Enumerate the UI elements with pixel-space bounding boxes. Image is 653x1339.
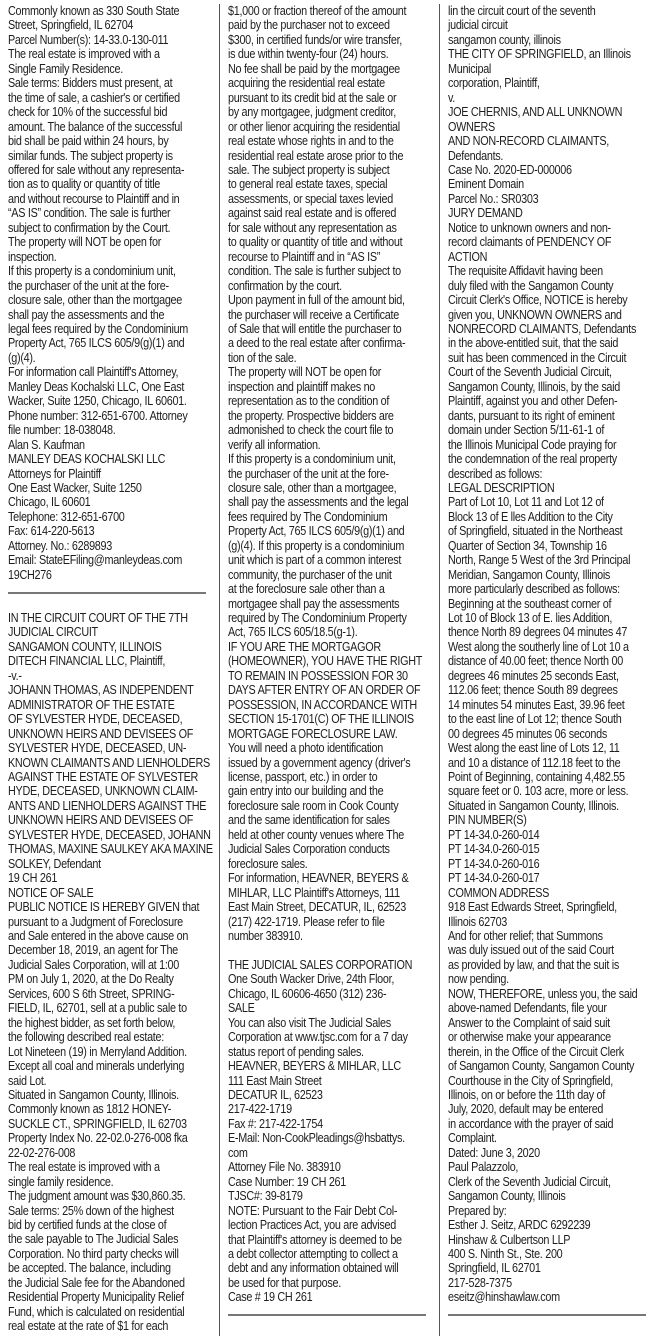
- text-line: the property. Prospective bidders are: [228, 409, 428, 423]
- text-line: SECTION 15-1701(C) OF THE ILLINOIS: [228, 712, 428, 726]
- text-line: POSSESSION, IN ACCORDANCE WITH: [228, 698, 428, 712]
- text-line: MANLEY DEAS KOCHALSKI LLC: [8, 452, 206, 466]
- text-line: TO REMAIN IN POSSESSION FOR 30: [228, 669, 428, 683]
- text-line: pursuant to its credit bid at the sale o…: [228, 91, 428, 105]
- text-line: PT 14-34.0-260-014: [448, 828, 646, 842]
- text-line: unit which is part of a common interest: [228, 553, 428, 567]
- text-line: be used for that purpose.: [228, 1276, 428, 1290]
- text-line: the Illinois Municipal Code praying for: [448, 438, 646, 452]
- text-line: One South Wacker Drive, 24th Floor,: [228, 972, 428, 986]
- text-line: You will need a photo identification: [228, 741, 428, 755]
- text-line: 217-528-7375: [448, 1276, 646, 1290]
- text-line: 19 CH 261: [8, 871, 206, 885]
- text-line: E-Mail: Non-CookPleadings@hsbattys.: [228, 1131, 428, 1145]
- text-line: acquiring the residential real estate: [228, 76, 428, 90]
- text-line: inspection.: [8, 250, 206, 264]
- text-line: If this property is a condominium unit,: [8, 264, 206, 278]
- text-line: was duly issued out of the said Court: [448, 943, 646, 957]
- text-line: the purchaser of the unit at the fore-: [8, 279, 206, 293]
- text-line: COMMON ADDRESS: [448, 886, 646, 900]
- text-line: and without recourse to Plaintiff and in: [8, 192, 206, 206]
- text-line: now pending.: [448, 972, 646, 986]
- notice-separator-col2: [228, 1314, 426, 1316]
- notice-separator-col3: [448, 1314, 646, 1316]
- notice-ditech-financial-v-thomas: IN THE CIRCUIT COURT OF THE 7THJUDICIAL …: [8, 611, 206, 1334]
- text-line: Commonly known as 1812 HONEY-: [8, 1102, 206, 1116]
- text-line: 00 degrees 45 minutes 06 seconds: [448, 727, 646, 741]
- text-line: inspection and plaintiff makes no: [228, 380, 428, 394]
- text-line: July, 2020, default may be entered: [448, 1102, 646, 1116]
- text-line: SUCKLE CT., SPRINGFIELD, IL 62703: [8, 1117, 206, 1131]
- notice-separator-col1: [8, 592, 206, 594]
- text-line: domain under Section 5/11-61-1 of: [448, 423, 646, 437]
- text-line: AGAINST THE ESTATE OF SYLVESTER: [8, 770, 206, 784]
- text-line: Corporation. No third party checks will: [8, 1247, 206, 1261]
- text-line: Except all coal and minerals underlying: [8, 1059, 206, 1073]
- text-line: pursuant to a Judgment of Foreclosure: [8, 915, 206, 929]
- text-line: Lot 10 of Block 13 of E. lies Addition,: [448, 611, 646, 625]
- text-line: confirmation by the court.: [228, 279, 428, 293]
- text-line: Dated: June 3, 2020: [448, 1146, 646, 1160]
- text-line: Parcel Number(s): 14-33.0-130-011: [8, 33, 206, 47]
- text-line: PT 14-34.0-260-017: [448, 871, 646, 885]
- text-line: PUBLIC NOTICE IS HEREBY GIVEN that: [8, 900, 206, 914]
- text-line: tion as to quality or quantity of title: [8, 177, 206, 191]
- text-line: THE JUDICIAL SALES CORPORATION: [228, 958, 428, 972]
- text-line: shall pay the assessments and the: [8, 308, 206, 322]
- text-line: JOE CHERNIS, AND ALL UNKNOWN: [448, 105, 646, 119]
- text-line: SYLVESTER HYDE, DECEASED, JOHANN: [8, 828, 206, 842]
- text-line: IN THE CIRCUIT COURT OF THE 7TH: [8, 611, 206, 625]
- text-line: -v.-: [8, 669, 206, 683]
- text-line: The property will NOT be open for: [8, 235, 206, 249]
- text-line: Complaint.: [448, 1131, 646, 1145]
- text-line: UNKNOWN HEIRS AND DEVISEES OF: [8, 727, 206, 741]
- text-line: debt and any information obtained will: [228, 1261, 428, 1275]
- text-line: 111 East Main Street: [228, 1074, 428, 1088]
- text-line: Sangamon County, Illinois: [448, 1189, 646, 1203]
- text-line: SALE: [228, 1001, 428, 1015]
- column-1: Commonly known as 330 South StateStreet,…: [8, 4, 206, 1334]
- text-line: described as follows:: [448, 467, 646, 481]
- text-line: December 18, 2019, an agent for The: [8, 943, 206, 957]
- text-line: amount. The balance of the successful: [8, 120, 206, 134]
- text-line: the Judicial Sale fee for the Abandoned: [8, 1276, 206, 1290]
- text-line: Case # 19 CH 261: [228, 1290, 428, 1304]
- text-line: of Springfield, situated in the Northeas…: [448, 524, 646, 538]
- text-line: PM on July 1, 2020, at the Do Realty: [8, 972, 206, 986]
- text-line: Circuit Clerk's Office, NOTICE is hereby: [448, 293, 646, 307]
- text-line: JOHANN THOMAS, AS INDEPENDENT: [8, 683, 206, 697]
- text-line: TJSC#: 39-8179: [228, 1189, 428, 1203]
- text-line: Corporation at www.tjsc.com for a 7 day: [228, 1030, 428, 1044]
- text-line: for sale without any representation as: [228, 221, 428, 235]
- text-line: Property Index No. 22-02.0-276-008 fka: [8, 1131, 206, 1145]
- text-line: bid by certified funds at the close of: [8, 1218, 206, 1232]
- text-line: HYDE, DECEASED, UNKNOWN CLAIM-: [8, 784, 206, 798]
- text-line: paid by the purchaser not to exceed: [228, 18, 428, 32]
- text-line: as provided by law, and that the suit is: [448, 958, 646, 972]
- text-line: more particularly described as follows:: [448, 582, 646, 596]
- text-line: Fund, which is calculated on residential: [8, 1305, 206, 1319]
- text-line: The requisite Affidavit having been: [448, 264, 646, 278]
- text-line: Block 13 of E lles Addition to the City: [448, 510, 646, 524]
- text-line: Judicial Sales Corporation conducts: [228, 842, 428, 856]
- text-line: ACTION: [448, 250, 646, 264]
- text-line: sale. The subject property is subject: [228, 163, 428, 177]
- text-line: therein, in the Office of the Circuit Cl…: [448, 1045, 646, 1059]
- text-line: required by The Condominium Property: [228, 611, 428, 625]
- text-line: representation as to the condition of: [228, 394, 428, 408]
- text-line: West along the southerly line of Lot 10 …: [448, 640, 646, 654]
- text-line: 217-422-1719: [228, 1102, 428, 1116]
- text-line: The real estate is improved with a: [8, 1160, 206, 1174]
- text-line: in the above-entitled suit, that the sai…: [448, 336, 646, 350]
- text-line: The real estate is improved with a: [8, 47, 206, 61]
- text-line: (g)(4). If this property is a condominiu…: [228, 539, 428, 553]
- text-line: Street, Springfield, IL 62704: [8, 18, 206, 32]
- text-line: Services, 600 S 6th Street, SPRING-: [8, 987, 206, 1001]
- text-line: DAYS AFTER ENTRY OF AN ORDER OF: [228, 683, 428, 697]
- text-line: ANTS AND LIENHOLDERS AGAINST THE: [8, 799, 206, 813]
- text-line: given you, UNKNOWN OWNERS and: [448, 308, 646, 322]
- text-line: Sale terms: 25% down of the highest: [8, 1204, 206, 1218]
- text-line: v.: [448, 91, 646, 105]
- text-line: or other lienor acquiring the residentia…: [228, 120, 428, 134]
- text-line: Sale terms: Bidders must present, at: [8, 76, 206, 90]
- text-line: square feet or 0. 103 acre, more or less…: [448, 784, 646, 798]
- text-line: If this property is a condominium unit,: [228, 452, 428, 466]
- text-line: 22-02-276-008: [8, 1146, 206, 1160]
- text-line: Courthouse in the City of Springfield,: [448, 1074, 646, 1088]
- text-line: Springfield, IL 62701: [448, 1261, 646, 1275]
- text-line: Eminent Domain: [448, 177, 646, 191]
- text-line: issued by a government agency (driver's: [228, 756, 428, 770]
- text-line: Illinois 62703: [448, 915, 646, 929]
- text-line: $300, in certified funds/or wire transfe…: [228, 33, 428, 47]
- text-line: lin the circuit court of the seventh: [448, 4, 646, 18]
- text-line: The property will NOT be open for: [228, 365, 428, 379]
- text-line: Act, 765 ILCS 605/18.5(g-1).: [228, 625, 428, 639]
- text-line: offered for sale without any representa-: [8, 163, 206, 177]
- text-line: OF SYLVESTER HYDE, DECEASED,: [8, 712, 206, 726]
- text-line: fees required by The Condominium: [228, 510, 428, 524]
- text-line: 112.06 feet; thence South 89 degrees: [448, 683, 646, 697]
- text-line: is due within twenty-four (24) hours.: [228, 47, 428, 61]
- text-line: of Sale that will entitle the purchaser …: [228, 322, 428, 336]
- text-line: the following described real estate:: [8, 1030, 206, 1044]
- text-line: record claimants of PENDENCY OF: [448, 235, 646, 249]
- text-line: foreclosure sales.: [228, 857, 428, 871]
- text-line: Situated in Sangamon County, Illinois.: [448, 799, 646, 813]
- text-line: Plaintiff, against you and other Defen-: [448, 394, 646, 408]
- notice-330-south-state: Commonly known as 330 South StateStreet,…: [8, 4, 206, 582]
- text-line: North, Range 5 West of the 3rd Principal: [448, 553, 646, 567]
- text-line: MORTGAGE FORECLOSURE LAW.: [228, 727, 428, 741]
- text-line: Hinshaw & Culbertson LLP: [448, 1233, 646, 1247]
- text-line: a debt collector attempting to collect a: [228, 1247, 428, 1261]
- text-line: 19CH276: [8, 568, 206, 582]
- column-rule-1: [219, 4, 220, 1336]
- text-line: closure sale, other than a mortgagee,: [228, 481, 428, 495]
- text-line: Esther J. Seitz, ARDC 6292239: [448, 1218, 646, 1232]
- text-line: a deed to the real estate after confirma…: [228, 336, 428, 350]
- text-line: HEAVNER, BEYERS & MIHLAR, LLC: [228, 1059, 428, 1073]
- text-line: Alan S. Kaufman: [8, 438, 206, 452]
- text-line: real estate at the rate of $1 for each: [8, 1319, 206, 1333]
- text-line: 14 minutes 54 minutes East, 39.96 feet: [448, 698, 646, 712]
- text-line: and the same identification for sales: [228, 813, 428, 827]
- text-line: said Lot.: [8, 1074, 206, 1088]
- text-line: Telephone: 312-651-6700: [8, 510, 206, 524]
- text-line: lection Practices Act, you are advised: [228, 1218, 428, 1232]
- text-line: NOW, THEREFORE, unless you, the said: [448, 987, 646, 1001]
- text-line: Meridian, Sangamon County, Illinois: [448, 568, 646, 582]
- legal-notices-page: Commonly known as 330 South StateStreet,…: [0, 0, 653, 1339]
- text-line: to the east line of Lot 12; thence South: [448, 712, 646, 726]
- text-line: Commonly known as 330 South State: [8, 4, 206, 18]
- text-line: Residential Property Municipality Relief: [8, 1290, 206, 1304]
- text-line: gain entry into our building and the: [228, 784, 428, 798]
- text-line: Part of Lot 10, Lot 11 and Lot 12 of: [448, 495, 646, 509]
- text-line: Chicago, IL 60606-4650 (312) 236-: [228, 987, 428, 1001]
- text-line: by any mortgagee, judgment creditor,: [228, 105, 428, 119]
- text-line: foreclosure sale room in Cook County: [228, 799, 428, 813]
- text-line: against said real estate and is offered: [228, 206, 428, 220]
- text-line: condition. The sale is further subject t…: [228, 264, 428, 278]
- text-line: Lot Nineteen (19) in Merryland Addition.: [8, 1045, 206, 1059]
- text-line: or otherwise make your appearance: [448, 1030, 646, 1044]
- text-line: legal fees required by the Condominium: [8, 322, 206, 336]
- text-line: corporation, Plaintiff,: [448, 76, 646, 90]
- text-line: and Sale entered in the above cause on: [8, 929, 206, 943]
- text-line: PIN NUMBER(S): [448, 813, 646, 827]
- text-line: the condemnation of the real property: [448, 452, 646, 466]
- text-line: No fee shall be paid by the mortgagee: [228, 62, 428, 76]
- text-line: com: [228, 1146, 428, 1160]
- text-line: community, the purchaser of the unit: [228, 568, 428, 582]
- text-line: held at other county venues where The: [228, 828, 428, 842]
- text-line: above-named Defendants, file your: [448, 1001, 646, 1015]
- text-line: Property Act, 765 ILCS 605/9(g)(1) and: [228, 524, 428, 538]
- text-line: shall pay the assessments and the legal: [228, 495, 428, 509]
- text-line: THOMAS, MAXINE SAULKEY AKA MAXINE: [8, 842, 206, 856]
- text-line: Defendants.: [448, 149, 646, 163]
- text-line: For information, HEAVNER, BEYERS &: [228, 871, 428, 885]
- text-line: Fax #: 217-422-1754: [228, 1117, 428, 1131]
- text-line: Point of Beginning, containing 4,482.55: [448, 770, 646, 784]
- text-line: NONRECORD CLAIMANTS, Defendants: [448, 322, 646, 336]
- text-line: Situated in Sangamon County, Illinois.: [8, 1088, 206, 1102]
- text-line: duly filed with the Sangamon County: [448, 279, 646, 293]
- notice-springfield-v-chernis: lin the circuit court of the seventhjudi…: [448, 4, 646, 1305]
- text-line: Property Act, 765 ILCS 605/9(g)(1) and: [8, 336, 206, 350]
- text-line: thence North 89 degrees 04 minutes 47: [448, 625, 646, 639]
- text-line: JUDICIAL CIRCUIT: [8, 625, 206, 639]
- text-line: the time of sale, a cashier's or certifi…: [8, 91, 206, 105]
- text-line: KNOWN CLAIMANTS AND LIENHOLDERS: [8, 756, 206, 770]
- text-line: SYLVESTER HYDE, DECEASED, UN-: [8, 741, 206, 755]
- text-line: (g)(4).: [8, 351, 206, 365]
- text-line: Notice to unknown owners and non-: [448, 221, 646, 235]
- text-line: verify all information.: [228, 438, 428, 452]
- text-line: to quality or quantity of title and with…: [228, 235, 428, 249]
- text-line: suit has been commenced in the Circuit: [448, 351, 646, 365]
- text-line: And for other relief; that Summons: [448, 929, 646, 943]
- text-line: residential real estate arose prior to t…: [228, 149, 428, 163]
- text-line: Illinois, on or before the 11th day of: [448, 1088, 646, 1102]
- text-line: similar funds. The subject property is: [8, 149, 206, 163]
- text-line: closure sale, other than the mortgagee: [8, 293, 206, 307]
- text-line: judicial circuit: [448, 18, 646, 32]
- text-line: of Sangamon County, Sangamon County: [448, 1059, 646, 1073]
- text-line: Fax: 614-220-5613: [8, 524, 206, 538]
- text-line: Sangamon County, Illinois, by the said: [448, 380, 646, 394]
- text-line: Chicago, IL 60601: [8, 495, 206, 509]
- column-3: lin the circuit court of the seventhjudi…: [448, 4, 646, 1305]
- text-line: tion of the sale.: [228, 351, 428, 365]
- text-line: UNKNOWN HEIRS AND DEVISEES OF: [8, 813, 206, 827]
- text-line: that Plaintiff's attorney is deemed to b…: [228, 1233, 428, 1247]
- text-line: ADMINISTRATOR OF THE ESTATE: [8, 698, 206, 712]
- text-line: JURY DEMAND: [448, 206, 646, 220]
- text-line: be accepted. The balance, including: [8, 1261, 206, 1275]
- text-line: Single Family Residence.: [8, 62, 206, 76]
- text-line: Beginning at the southeast corner of: [448, 597, 646, 611]
- text-line: status report of pending sales.: [228, 1045, 428, 1059]
- text-line: single family residence.: [8, 1175, 206, 1189]
- text-line: Attorneys for Plaintiff: [8, 467, 206, 481]
- text-line: the highest bidder, as set forth below,: [8, 1016, 206, 1030]
- text-line: IF YOU ARE THE MORTGAGOR: [228, 640, 428, 654]
- text-line: One East Wacker, Suite 1250: [8, 481, 206, 495]
- text-line: You can also visit The Judicial Sales: [228, 1016, 428, 1030]
- text-line: Attorney. No.: 6289893: [8, 539, 206, 553]
- text-line: number 383910.: [228, 929, 428, 943]
- text-line: Parcel No.: SR0303: [448, 192, 646, 206]
- text-line: LEGAL DESCRIPTION: [448, 481, 646, 495]
- text-line: AND NON-RECORD CLAIMANTS,: [448, 134, 646, 148]
- text-line: 400 S. Ninth St., Ste. 200: [448, 1247, 646, 1261]
- text-line: DECATUR IL, 62523: [228, 1088, 428, 1102]
- text-line: SANGAMON COUNTY, ILLINOIS: [8, 640, 206, 654]
- text-line: SOLKEY, Defendant: [8, 857, 206, 871]
- text-line: Answer to the Complaint of said suit: [448, 1016, 646, 1030]
- text-line: Upon payment in full of the amount bid,: [228, 293, 428, 307]
- text-line: Manley Deas Kochalski LLC, One East: [8, 380, 206, 394]
- text-line: the purchaser will receive a Certificate: [228, 308, 428, 322]
- text-line: at the foreclosure sale other than a: [228, 582, 428, 596]
- text-line: $1,000 or fraction thereof of the amount: [228, 4, 428, 18]
- text-line: Quarter of Section 34, Township 16: [448, 539, 646, 553]
- text-line: license, passport, etc.) in order to: [228, 770, 428, 784]
- text-line: Case Number: 19 CH 261: [228, 1175, 428, 1189]
- text-line: and 10 a distance of 112.18 feet to the: [448, 756, 646, 770]
- notice-ditech-continued: $1,000 or fraction thereof of the amount…: [228, 4, 428, 943]
- text-line: NOTICE OF SALE: [8, 886, 206, 900]
- column-rule-2: [439, 4, 440, 1336]
- text-line: West along the east line of Lots 12, 11: [448, 741, 646, 755]
- text-line: subject to confirmation by the Court.: [8, 221, 206, 235]
- text-line: mortgagee shall pay the assessments: [228, 597, 428, 611]
- text-line: OWNERS: [448, 120, 646, 134]
- text-line: real estate whose rights in and to the: [228, 134, 428, 148]
- text-line: Email: StateEFiling@manleydeas.com: [8, 553, 206, 567]
- text-line: Phone number: 312-651-6700. Attorney: [8, 409, 206, 423]
- text-line: FIELD, IL, 62701, sell at a public sale …: [8, 1001, 206, 1015]
- text-line: DITECH FINANCIAL LLC, Plaintiff,: [8, 654, 206, 668]
- text-line: Court of the Seventh Judicial Circuit,: [448, 365, 646, 379]
- text-line: distance of 40.00 feet; thence North 00: [448, 654, 646, 668]
- text-line: to general real estate taxes, special: [228, 177, 428, 191]
- text-line: NOTE: Pursuant to the Fair Debt Col-: [228, 1204, 428, 1218]
- text-line: bid shall be paid within 24 hours, by: [8, 134, 206, 148]
- text-line: East Main Street, DECATUR, IL, 62523: [228, 900, 428, 914]
- text-line: degrees 46 minutes 25 seconds East,: [448, 669, 646, 683]
- text-line: Paul Palazzolo,: [448, 1160, 646, 1174]
- text-line: PT 14-34.0-260-015: [448, 842, 646, 856]
- text-line: The judgment amount was $30,860.35.: [8, 1189, 206, 1203]
- notice-judicial-sales-corporation: THE JUDICIAL SALES CORPORATIONOne South …: [228, 958, 428, 1305]
- text-line: in accordance with the prayer of said: [448, 1117, 646, 1131]
- text-line: Prepared by:: [448, 1204, 646, 1218]
- text-line: Municipal: [448, 62, 646, 76]
- text-line: Case No. 2020-ED-000006: [448, 163, 646, 177]
- text-line: PT 14-34.0-260-016: [448, 857, 646, 871]
- text-line: MIHLAR, LLC Plaintiff's Attorneys, 111: [228, 886, 428, 900]
- text-line: dants, pursuant to its right of eminent: [448, 409, 646, 423]
- text-line: admonished to check the court file to: [228, 423, 428, 437]
- text-line: file number: 18-038048.: [8, 423, 206, 437]
- text-line: assessments, or special taxes levied: [228, 192, 428, 206]
- text-line: For information call Plaintiff's Attorne…: [8, 365, 206, 379]
- text-line: Wacker, Suite 1250, Chicago, IL 60601.: [8, 394, 206, 408]
- text-line: Clerk of the Seventh Judicial Circuit,: [448, 1175, 646, 1189]
- text-line: Judicial Sales Corporation, will at 1:00: [8, 958, 206, 972]
- text-line: Attorney File No. 383910: [228, 1160, 428, 1174]
- text-line: 918 East Edwards Street, Springfield,: [448, 900, 646, 914]
- text-line: recourse to Plaintiff and in “AS IS”: [228, 250, 428, 264]
- text-line: the purchaser of the unit at the fore-: [228, 467, 428, 481]
- text-line: sangamon county, illinois: [448, 33, 646, 47]
- text-line: THE CITY OF SPRINGFIELD, an Illinois: [448, 47, 646, 61]
- text-line: check for 10% of the successful bid: [8, 105, 206, 119]
- text-line: the sale payable to The Judicial Sales: [8, 1232, 206, 1246]
- text-line: (HOMEOWNER), YOU HAVE THE RIGHT: [228, 654, 428, 668]
- column-2: $1,000 or fraction thereof of the amount…: [228, 4, 428, 1305]
- text-line: “AS IS” condition. The sale is further: [8, 206, 206, 220]
- text-line: (217) 422-1719. Please refer to file: [228, 915, 428, 929]
- text-line: eseitz@hinshawlaw.com: [448, 1290, 646, 1304]
